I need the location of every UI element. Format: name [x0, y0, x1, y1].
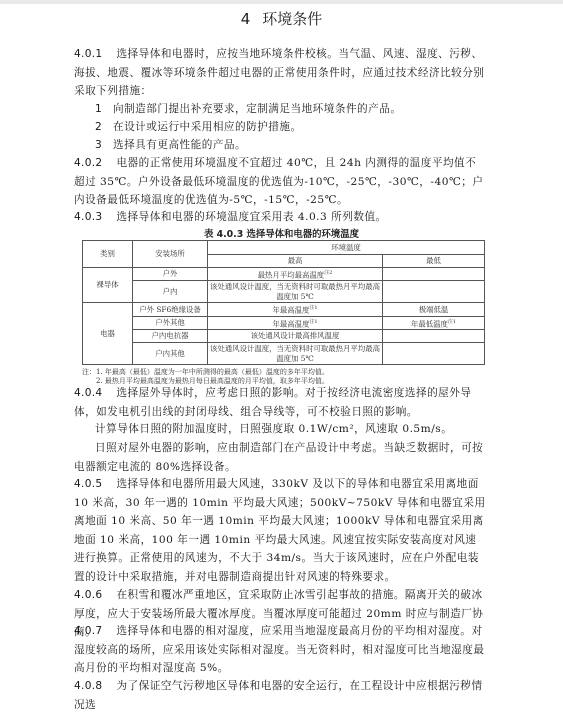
- clause-text: 选择导体和电器的环境温度宜采用表 4.0.3 所列数值。: [116, 211, 386, 223]
- top-edge: [0, 0, 563, 4]
- clause-number: 4.0.8: [74, 680, 102, 692]
- clause-4-0-7: 4.0.7选择导体和电器的相对湿度，应采用当地湿度最高月份的平均相对湿度。对湿度…: [74, 622, 487, 678]
- header-env-temp: 环境温度: [208, 241, 485, 255]
- header-min: 最低: [383, 255, 485, 268]
- location-cell: 户外: [133, 268, 208, 281]
- header-location: 安装场所: [133, 241, 208, 268]
- table-note: 注：1. 年最高（最低）温度为一年中所测得的最高（最低）温度的多年平均值。: [82, 368, 329, 377]
- min-cell: 极端低温: [383, 303, 485, 316]
- chapter-title: 4环境条件: [0, 8, 563, 29]
- environment-temperature-table: 类别 安装场所 环境温度 最高 最低 裸导体 户外 最热月平均最高温度注2 户内…: [82, 240, 485, 365]
- max-cell: 该处通风设计最高排风温度: [208, 330, 383, 343]
- list-item: 2在设计或运行中采用相应的防护措施。: [95, 118, 302, 136]
- table-row: 户内电抗器 该处通风设计最高排风温度: [83, 330, 485, 343]
- list-item-number: 1: [95, 100, 113, 118]
- clause-text: 选择导体和电器时，应按当地环境条件校核。当气温、风速、湿度、污秽、海拔、地震、覆…: [74, 48, 484, 97]
- min-cell: [383, 268, 485, 281]
- table-row: 户内 该处通风设计温度，当无资料时可取最热月平均最高温度加 5℃: [83, 281, 485, 303]
- table-row: 户外其他 年最高温度注1 年最低温度注1: [83, 316, 485, 329]
- clause-4-0-3: 4.0.3选择导体和电器的环境温度宜采用表 4.0.3 所列数值。: [74, 208, 487, 227]
- clause-number: 4.0.3: [74, 211, 102, 223]
- table-row: 裸导体 户外 最热月平均最高温度注2: [83, 268, 485, 281]
- min-cell: 年最低温度注1: [383, 316, 485, 329]
- header-category: 类别: [83, 241, 133, 268]
- list-item-number: 2: [95, 118, 113, 136]
- clause-4-0-5: 4.0.5选择导体和电器所用最大风速，330kV 及以下的导体和电器宜采用离地面…: [74, 475, 487, 586]
- max-cell: 该处通风设计温度，当无资料时可取最热月平均最高温度加 5℃: [208, 343, 383, 365]
- max-cell: 年最高温度注1: [208, 303, 383, 316]
- clause-number: 4.0.5: [74, 478, 102, 490]
- list-item: 1向制造部门提出补充要求，定制满足当地环境条件的产品。: [95, 100, 401, 118]
- clause-number: 4.0.6: [74, 589, 102, 601]
- clause-text: 电器的正常使用环境温度不宜超过 40℃，且 24h 内测得的温度平均值不超过 3…: [74, 157, 484, 206]
- category-cell: 裸导体: [83, 268, 133, 303]
- chapter-number: 4: [241, 10, 251, 28]
- clause-text: 选择屋外导体时，应考虑日照的影响。对于按经济电流密度选择的屋外导体，如发电机引出…: [74, 387, 471, 418]
- location-cell: 户外其他: [133, 316, 208, 329]
- table-caption: 表 4.0.3 选择导体和电器的环境温度: [0, 226, 563, 240]
- clause-4-0-4-paragraph-3: 日照对屋外电器的影响，应由制造部门在产品设计中考虑。当缺乏数据时，可按电器额定电…: [74, 439, 487, 476]
- clause-text: 选择导体和电器所用最大风速，330kV 及以下的导体和电器宜采用离地面 10 米…: [74, 478, 486, 583]
- location-cell: 户内: [133, 281, 208, 303]
- clause-number: 4.0.4: [74, 387, 102, 399]
- table-row: 电器 户外 SF6绝缘设备 年最高温度注1 极端低温: [83, 303, 485, 316]
- clause-text: 为了保证空气污秽地区导体和电器的安全运行，在工程设计中应根据污秽情况选: [74, 680, 483, 711]
- location-cell: 户内电抗器: [133, 330, 208, 343]
- header-max: 最高: [208, 255, 383, 268]
- clause-4-0-2: 4.0.2电器的正常使用环境温度不宜超过 40℃，且 24h 内测得的温度平均值…: [74, 154, 487, 210]
- list-item: 3选择具有更高性能的产品。: [95, 136, 246, 154]
- location-cell: 户内其他: [133, 343, 208, 365]
- min-cell: [383, 330, 485, 343]
- clause-text: 选择导体和电器的相对湿度，应采用当地湿度最高月份的平均相对湿度。对湿度较高的场所…: [74, 625, 484, 674]
- list-item-text: 向制造部门提出补充要求，定制满足当地环境条件的产品。: [113, 103, 401, 115]
- location-cell: 户外 SF6绝缘设备: [133, 303, 208, 316]
- max-cell: 最热月平均最高温度注2: [208, 268, 383, 281]
- list-item-text: 在设计或运行中采用相应的防护措施。: [113, 121, 302, 133]
- list-item-text: 选择具有更高性能的产品。: [113, 139, 246, 151]
- clause-number: 4.0.2: [74, 157, 102, 169]
- max-cell: 该处通风设计温度，当无资料时可取最热月平均最高温度加 5℃: [208, 281, 383, 303]
- max-cell: 年最高温度注1: [208, 316, 383, 329]
- category-cell: 电器: [83, 303, 133, 365]
- chapter-title-text: 环境条件: [262, 10, 322, 28]
- table-row: 户内其他 该处通风设计温度，当无资料时可取最热月平均最高温度加 5℃: [83, 343, 485, 365]
- min-cell: [383, 343, 485, 365]
- clause-4-0-1: 4.0.1选择导体和电器时，应按当地环境条件校核。当气温、风速、湿度、污秽、海拔…: [74, 45, 487, 101]
- clause-number: 4.0.7: [74, 625, 102, 637]
- list-item-number: 3: [95, 136, 113, 154]
- clause-4-0-4-paragraph-2: 计算导体日照的附加温度时，日照强度取 0.1W/cm²，风速取 0.5m/s。: [74, 420, 487, 439]
- clause-number: 4.0.1: [74, 48, 102, 60]
- clause-4-0-4: 4.0.4选择屋外导体时，应考虑日照的影响。对于按经济电流密度选择的屋外导体，如…: [74, 384, 487, 421]
- min-cell: [383, 281, 485, 303]
- clause-4-0-8: 4.0.8为了保证空气污秽地区导体和电器的安全运行，在工程设计中应根据污秽情况选: [74, 677, 487, 714]
